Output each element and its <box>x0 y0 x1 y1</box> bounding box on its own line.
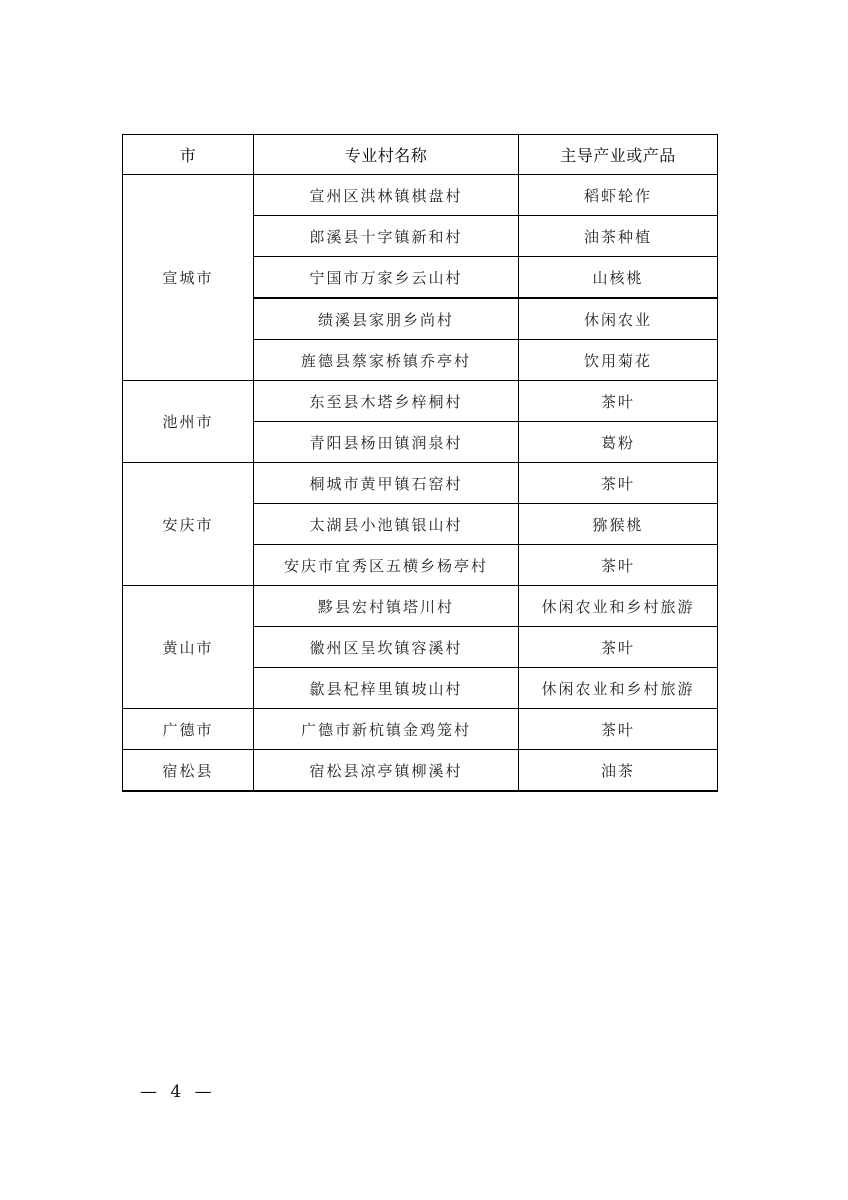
village-cell: 东至县木塔乡梓桐村 <box>254 381 519 422</box>
table-row: 宿松县 宿松县凉亭镇柳溪村 油茶 <box>123 750 718 792</box>
industry-cell: 稻虾轮作 <box>519 175 718 216</box>
village-cell: 桐城市黄甲镇石窑村 <box>254 463 519 504</box>
city-cell: 广德市 <box>123 709 254 750</box>
village-cell: 绩溪县家朋乡尚村 <box>254 298 519 340</box>
table-row: 黄山市 黟县宏村镇塔川村 休闲农业和乡村旅游 <box>123 586 718 627</box>
header-leading-industry: 主导产业或产品 <box>519 135 718 175</box>
industry-cell: 茶叶 <box>519 627 718 668</box>
village-cell: 宁国市万家乡云山村 <box>254 257 519 299</box>
industry-cell: 茶叶 <box>519 463 718 504</box>
industry-cell: 猕猴桃 <box>519 504 718 545</box>
header-city: 市 <box>123 135 254 175</box>
village-cell: 歙县杞梓里镇坡山村 <box>254 668 519 709</box>
village-cell: 宣州区洪林镇棋盘村 <box>254 175 519 216</box>
city-cell: 宿松县 <box>123 750 254 792</box>
header-village-name: 专业村名称 <box>254 135 519 175</box>
industry-cell: 饮用菊花 <box>519 340 718 381</box>
industry-cell: 油茶 <box>519 750 718 792</box>
village-cell: 郎溪县十字镇新和村 <box>254 216 519 257</box>
industry-cell: 茶叶 <box>519 381 718 422</box>
industry-cell: 休闲农业 <box>519 298 718 340</box>
village-cell: 徽州区呈坎镇容溪村 <box>254 627 519 668</box>
table-header-row: 市 专业村名称 主导产业或产品 <box>123 135 718 175</box>
industry-cell: 休闲农业和乡村旅游 <box>519 668 718 709</box>
table-row: 宣城市 宣州区洪林镇棋盘村 稻虾轮作 <box>123 175 718 216</box>
village-cell: 安庆市宜秀区五横乡杨亭村 <box>254 545 519 586</box>
city-cell: 宣城市 <box>123 175 254 381</box>
page-number: — 4 — <box>140 1082 216 1102</box>
village-cell: 青阳县杨田镇润泉村 <box>254 422 519 463</box>
village-cell: 旌德县蔡家桥镇乔亭村 <box>254 340 519 381</box>
city-cell: 安庆市 <box>123 463 254 586</box>
table-row: 池州市 东至县木塔乡梓桐村 茶叶 <box>123 381 718 422</box>
industry-cell: 葛粉 <box>519 422 718 463</box>
specialty-village-table: 市 专业村名称 主导产业或产品 宣城市 宣州区洪林镇棋盘村 稻虾轮作 郎溪县十字… <box>122 134 718 792</box>
industry-cell: 休闲农业和乡村旅游 <box>519 586 718 627</box>
village-cell: 太湖县小池镇银山村 <box>254 504 519 545</box>
village-cell: 宿松县凉亭镇柳溪村 <box>254 750 519 792</box>
village-cell: 黟县宏村镇塔川村 <box>254 586 519 627</box>
industry-cell: 油茶种植 <box>519 216 718 257</box>
table-row: 安庆市 桐城市黄甲镇石窑村 茶叶 <box>123 463 718 504</box>
table-row: 广德市 广德市新杭镇金鸡笼村 茶叶 <box>123 709 718 750</box>
city-cell: 黄山市 <box>123 586 254 709</box>
industry-cell: 茶叶 <box>519 709 718 750</box>
industry-cell: 茶叶 <box>519 545 718 586</box>
village-cell: 广德市新杭镇金鸡笼村 <box>254 709 519 750</box>
city-cell: 池州市 <box>123 381 254 463</box>
industry-cell: 山核桃 <box>519 257 718 299</box>
